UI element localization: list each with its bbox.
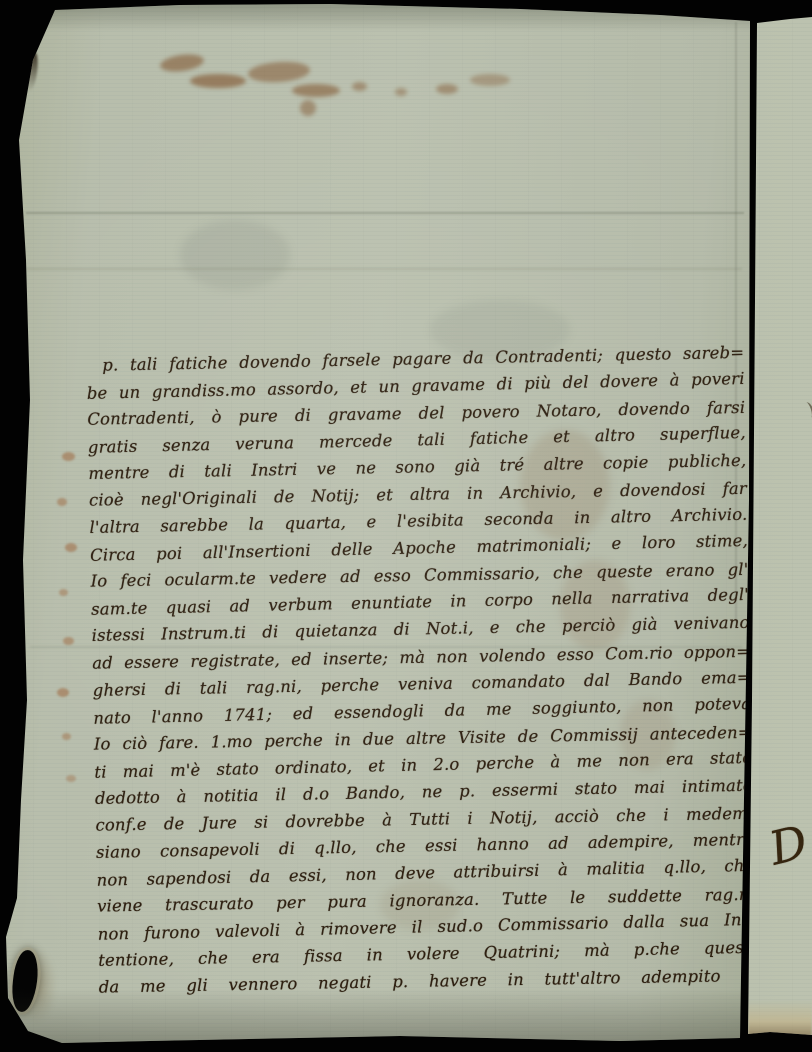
worn-bottom-edge — [748, 1000, 812, 1036]
scanned-manuscript: p. tali fatiche dovendo farsele pagare d… — [0, 0, 812, 1052]
page-shading — [0, 0, 812, 1052]
left-page: p. tali fatiche dovendo farsele pagare d… — [0, 0, 812, 1052]
